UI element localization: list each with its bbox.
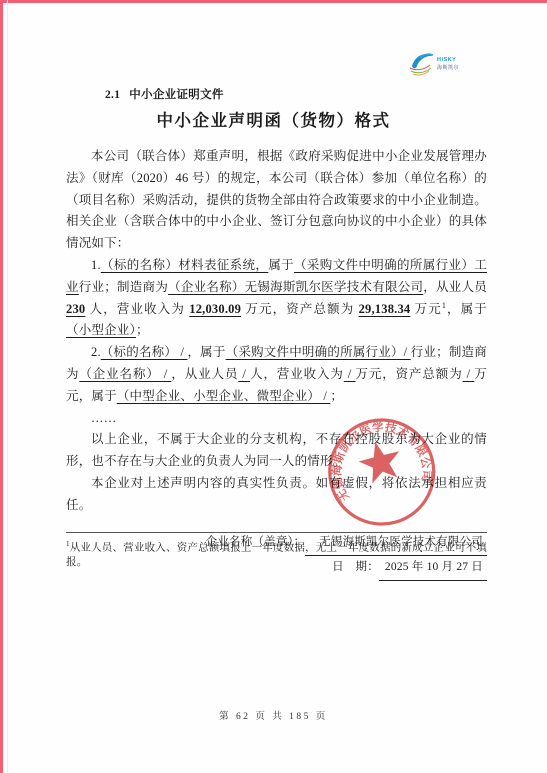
- intro-paragraph: 本公司（联合体）郑重声明，根据《政府采购促进中小企业发展管理办法》（财库（202…: [66, 146, 487, 255]
- closing-paragraph-2: 本企业对上述声明内容的真实性负责。如有虚假，将依法承担相应责任。: [66, 473, 487, 517]
- document-page: HISKY 海斯凯尔 2.1中小企业证明文件 中小企业声明函（货物）格式 本公司…: [0, 0, 547, 773]
- footnote-body: 从业人员、营业收入、资产总额填报上一年度数据，无上一年度数据的新成立企业可不填报…: [66, 543, 487, 568]
- footnote-text: 1从业人员、营业收入、资产总额填报上一年度数据，无上一年度数据的新成立企业可不填…: [66, 537, 487, 570]
- footnote-separator: [66, 532, 487, 533]
- hisky-logo: HISKY 海斯凯尔: [406, 49, 462, 79]
- closing-paragraph-1: 以上企业，不属于大企业的分支机构，不存在控股股东为大企业的情形，也不存在与大企业…: [66, 429, 487, 473]
- item1-paragraph: 1.（标的名称）材料表征系统，属于（采购文件中明确的所属行业）工业行业；制造商为…: [66, 255, 487, 342]
- section-label: 中小企业证明文件: [129, 89, 223, 101]
- item2-paragraph: 2.（标的名称） / ，属于（采购文件中明确的所属行业）/ 行业；制造商为（企业…: [66, 342, 487, 407]
- page-number-footer: 第 62 页 共 185 页: [0, 708, 547, 722]
- ellipsis-line: ……: [66, 408, 487, 430]
- document-body: 本公司（联合体）郑重声明，根据《政府采购促进中小企业发展管理办法》（财库（202…: [66, 146, 487, 581]
- section-heading: 2.1中小企业证明文件: [105, 86, 224, 102]
- page-edge-top: [0, 0, 547, 3]
- logo-brand-text: HISKY: [437, 57, 456, 63]
- hisky-logo-mark-icon: HISKY 海斯凯尔: [406, 49, 462, 79]
- footnote-block: 1从业人员、营业收入、资产总额填报上一年度数据，无上一年度数据的新成立企业可不填…: [66, 532, 487, 570]
- section-number: 2.1: [105, 89, 120, 101]
- document-title: 中小企业声明函（货物）格式: [0, 107, 547, 131]
- logo-brand-cn-text: 海斯凯尔: [437, 64, 459, 71]
